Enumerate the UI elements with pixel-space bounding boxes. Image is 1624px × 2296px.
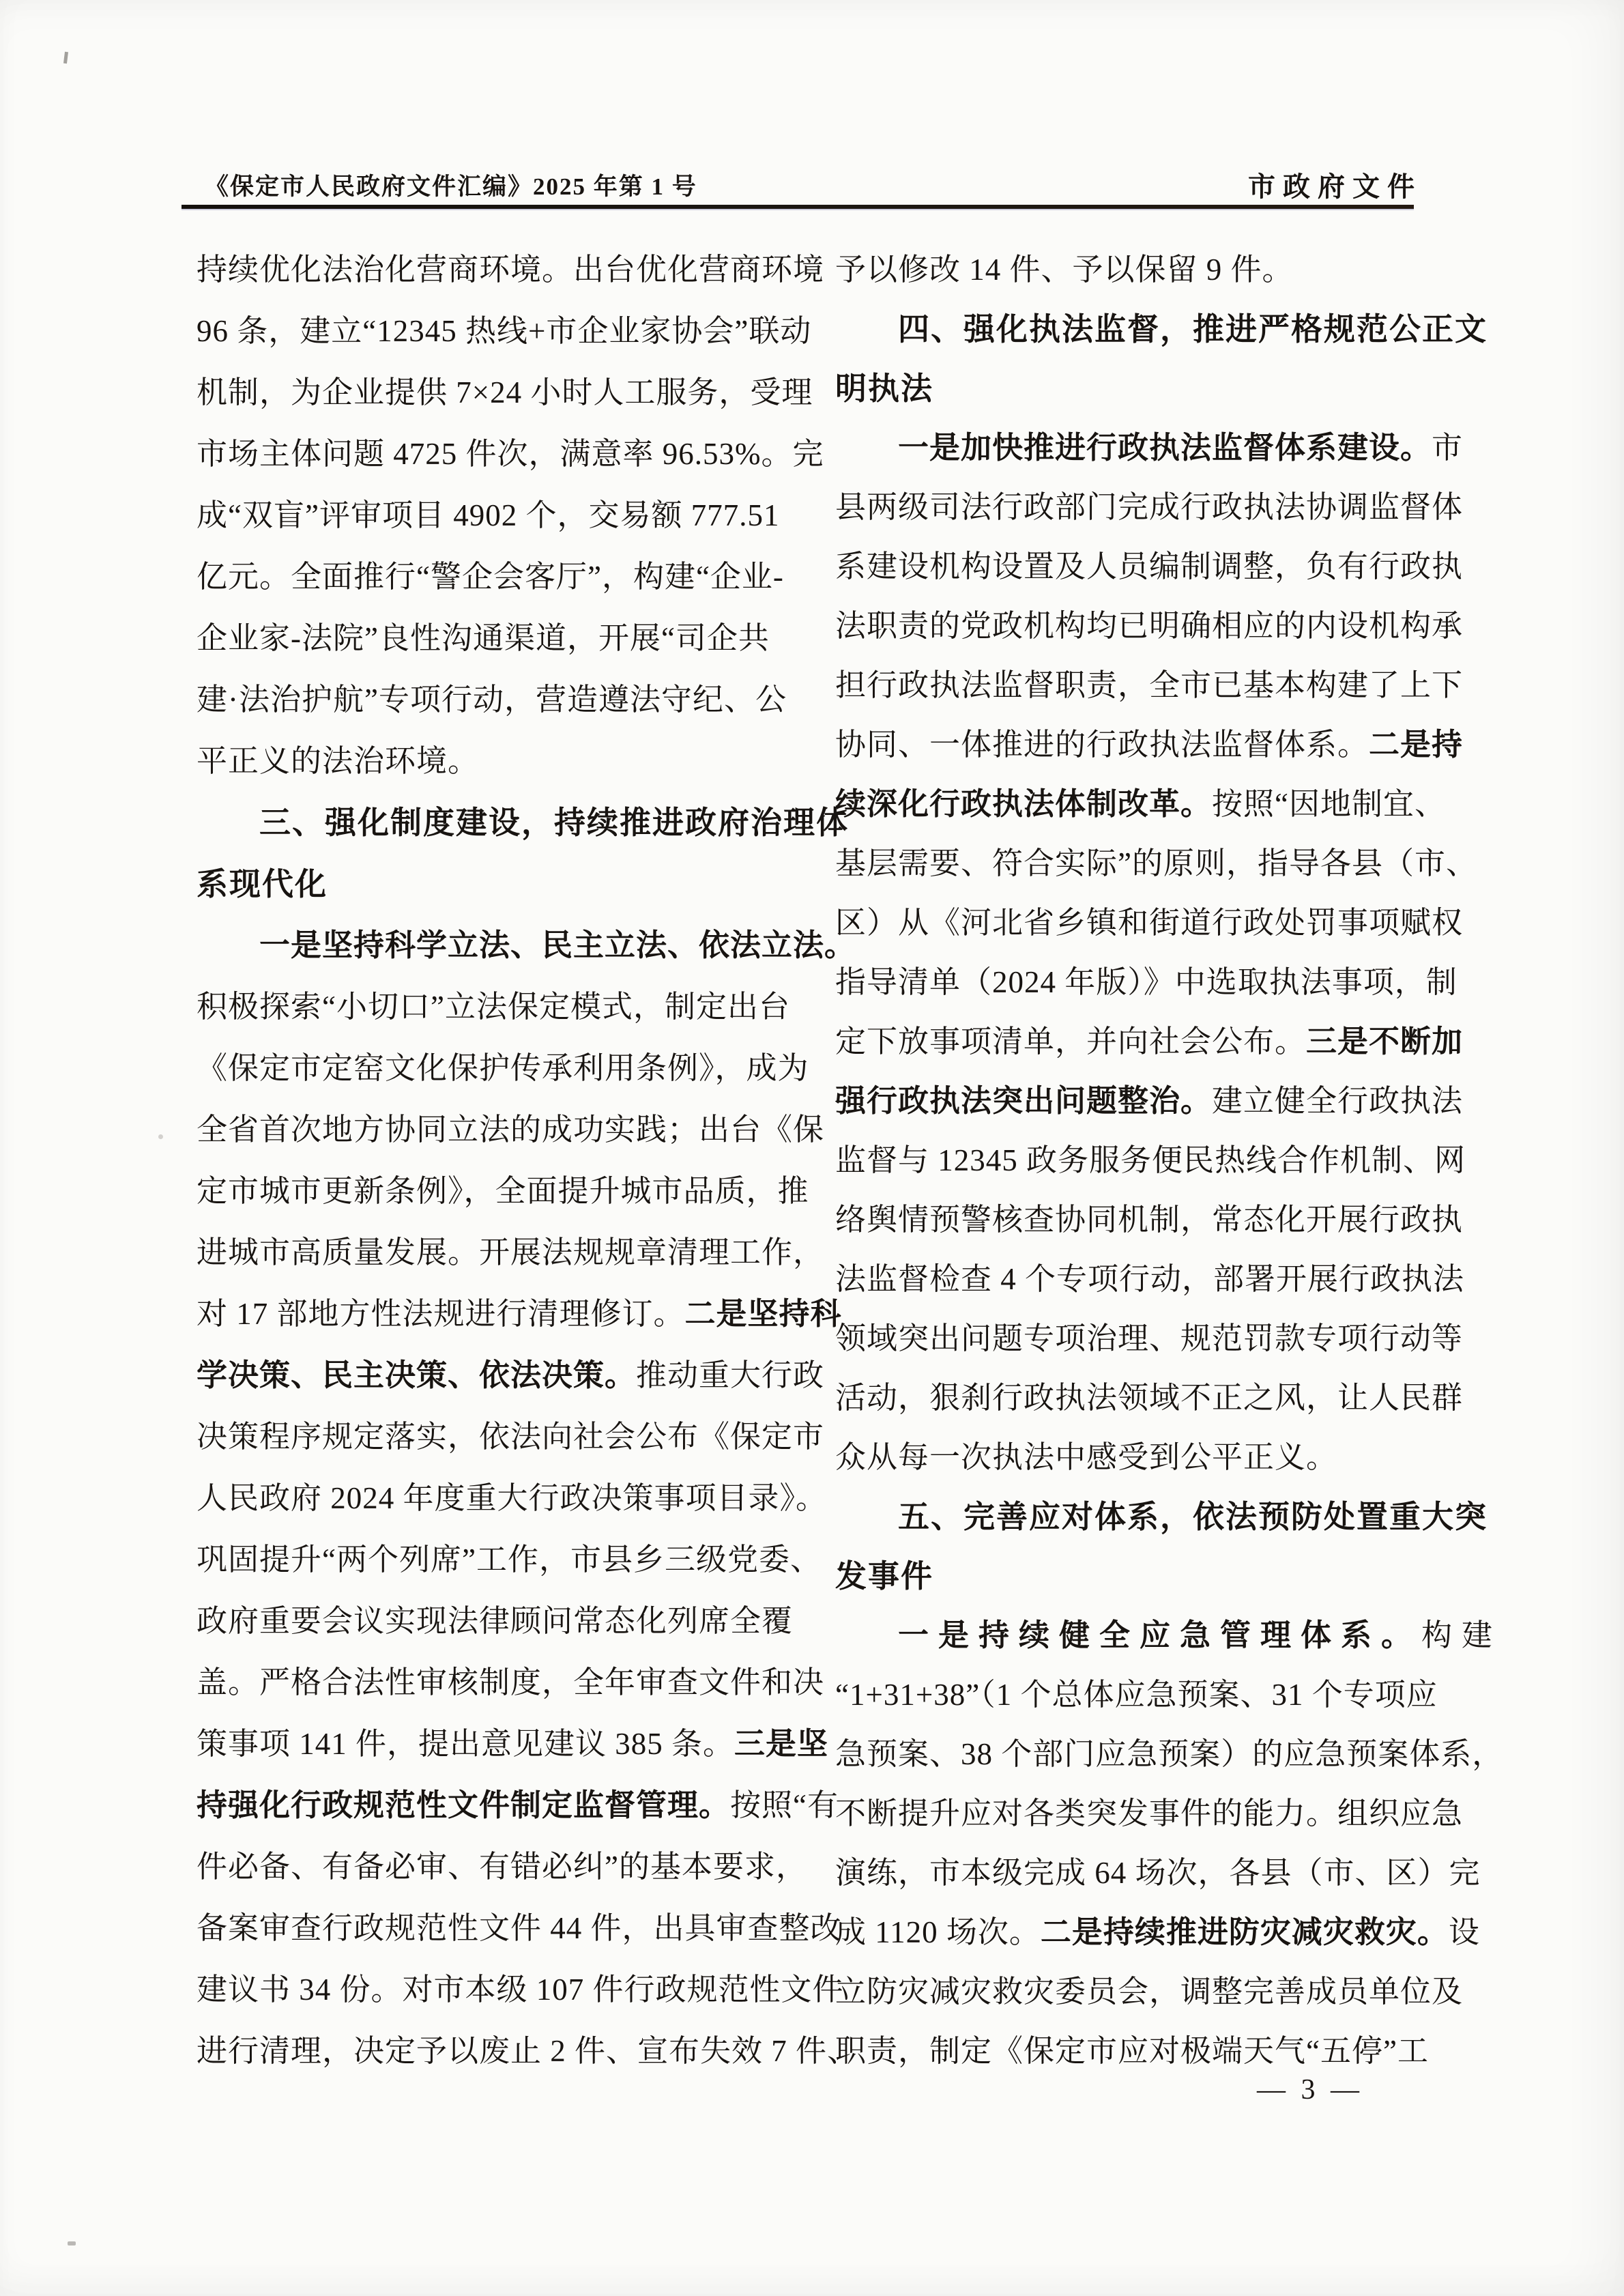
text-line: 盖。严格合法性审核制度，全年审查文件和决 (197, 1652, 812, 1713)
text-line: 积极探索“小切口”立法保定模式，制定出台 (197, 976, 812, 1037)
text-run: 决策程序规定落实，依法向社会公布《保定市 (197, 1420, 824, 1454)
text-run: 政府重要会议实现法律顾问常态化列席全覆 (197, 1604, 793, 1638)
text-run: 予以修改 14 件、予以保留 9 件。 (835, 253, 1294, 287)
text-line: 络舆情预警核查协同机制，常态化开展行政执 (835, 1190, 1453, 1250)
text-line: 急预案、38 个部门应急预案）的应急预案体系， (835, 1725, 1453, 1784)
scan-speck (63, 52, 68, 63)
text-run: 对 17 部地方性法规进行清理修订。 (197, 1297, 685, 1331)
text-run: 五、完善应对体系，依法预防处置重大突 (898, 1498, 1488, 1535)
text-run: 定下放事项清单，并向社会公布。 (835, 1024, 1306, 1059)
emphasis-run: 二是持续推进防灾减灾救灾。 (1041, 1915, 1449, 1949)
text-run: 建·法治护航”专项行动，营造遵法守纪、公 (197, 683, 787, 717)
text-line: 持续优化法治化营商环境。出台优化营商环境 (197, 239, 812, 300)
text-run: 备案审查行政规范性文件 44 件，出具审查整改 (197, 1911, 842, 1945)
text-run: “1+31+38”（1 个总体应急预案、31 个专项应 (835, 1678, 1438, 1712)
text-line: 持强化行政规范性文件制定监督管理。按照“有 (197, 1775, 812, 1836)
text-line: 建·法治护航”专项行动，营造遵法守纪、公 (197, 669, 812, 730)
text-run: 法监督检查 4 个专项行动，部署开展行政执法 (835, 1262, 1464, 1296)
text-line: 建议书 34 份。对市本级 107 件行政规范性文件 (197, 1959, 812, 2020)
scan-speck (68, 2241, 76, 2245)
text-line: 政府重要会议实现法律顾问常态化列席全覆 (197, 1590, 812, 1652)
text-line: 系建设机构设置及人员编制调整，负有行政执 (835, 537, 1453, 597)
text-line: 法职责的党政机构均已明确相应的内设机构承 (835, 597, 1453, 656)
text-line: 协同、一体推进的行政执法监督体系。二是持 (835, 715, 1453, 775)
text-run: 领域突出问题专项治理、规范罚款专项行动等 (835, 1321, 1463, 1355)
text-line: 职责，制定《保定市应对极端天气“五停”工 (835, 2022, 1453, 2081)
emphasis-run: 二是持 (1369, 728, 1463, 762)
text-run: 成 1120 场次。 (835, 1915, 1041, 1949)
document-page: 《保定市人民政府文件汇编》2025 年第 1 号 市政府文件 持续优化法治化营商… (0, 0, 1624, 2296)
text-run: 基层需要、符合实际”的原则，指导各县（市、 (835, 846, 1477, 880)
text-run: 企业家-法院”良性沟通渠道，开展“司企共 (197, 621, 770, 655)
text-line: 领域突出问题专项治理、规范罚款专项行动等 (835, 1309, 1453, 1368)
left-text-column: 持续优化法治化营商环境。出台优化营商环境96 条，建立“12345 热线+市企业… (197, 239, 812, 2082)
text-run: 成“双盲”评审项目 4902 个，交易额 777.51 (197, 498, 779, 532)
text-run: 定市城市更新条例》，全面提升城市品质，推 (197, 1174, 809, 1208)
text-line: 众从每一次执法中感受到公平正义。 (835, 1428, 1453, 1487)
text-line: 企业家-法院”良性沟通渠道，开展“司企共 (197, 607, 812, 669)
text-line: 强行政执法突出问题整治。建立健全行政执法 (835, 1072, 1453, 1131)
section-heading-line: 明执法 (835, 359, 1453, 418)
text-run: 平正义的法治环境。 (197, 744, 479, 778)
text-line: 一是持续健全应急管理体系。构建 (835, 1606, 1453, 1665)
section-heading-line: 发事件 (835, 1547, 1453, 1606)
text-run: 县两级司法行政部门完成行政执法协调监督体 (835, 490, 1463, 524)
text-line: 担行政执法监督职责，全市已基本构建了上下 (835, 656, 1453, 715)
text-run: 发事件 (835, 1558, 933, 1594)
text-run: 协同、一体推进的行政执法监督体系。 (835, 728, 1369, 762)
text-run: 络舆情预警核查协同机制，常态化开展行政执 (835, 1203, 1463, 1237)
journal-title: 《保定市人民政府文件汇编》2025 年第 1 号 (205, 168, 697, 202)
text-line: 监督与 12345 政务服务便民热线合作机制、网 (835, 1131, 1453, 1190)
text-run: 监督与 12345 政务服务便民热线合作机制、网 (835, 1143, 1466, 1177)
text-run: 不断提升应对各类突发事件的能力。组织应急 (835, 1796, 1463, 1831)
header-rule (182, 205, 1414, 209)
text-line: 予以修改 14 件、予以保留 9 件。 (835, 240, 1453, 300)
emphasis-run: 三是坚 (734, 1727, 828, 1761)
text-line: 全省首次地方协同立法的成功实践；出台《保 (197, 1099, 812, 1160)
text-run: 系建设机构设置及人员编制调整，负有行政执 (835, 549, 1463, 584)
text-line: 基层需要、符合实际”的原则，指导各县（市、 (835, 834, 1453, 893)
text-run: 市场主体问题 4725 件次，满意率 96.53%。完 (197, 437, 824, 471)
text-line: 决策程序规定落实，依法向社会公布《保定市 (197, 1406, 812, 1467)
text-line: 平正义的法治环境。 (197, 730, 812, 792)
emphasis-run: 持强化行政规范性文件制定监督管理。 (197, 1788, 730, 1822)
text-run: 明执法 (835, 370, 933, 407)
text-line: 学决策、民主决策、依法决策。推动重大行政 (197, 1345, 812, 1406)
text-run: 建立健全行政执法 (1212, 1084, 1463, 1118)
text-run: 众从每一次执法中感受到公平正义。 (835, 1440, 1337, 1474)
text-run: 策事项 141 件，提出意见建议 385 条。 (197, 1727, 734, 1761)
section-heading-line: 五、完善应对体系，依法预防处置重大突 (835, 1487, 1453, 1547)
text-line: 区）从《河北省乡镇和街道行政处罚事项赋权 (835, 893, 1453, 953)
emphasis-run: 学决策、民主决策、依法决策。 (197, 1358, 636, 1392)
text-run: 进行清理，决定予以废止 2 件、宣布失效 7 件、 (197, 2034, 858, 2068)
section-heading-line: 四、强化执法监督，推进严格规范公正文 (835, 300, 1453, 359)
right-text-column: 予以修改 14 件、予以保留 9 件。四、强化执法监督，推进严格规范公正文明执法… (835, 240, 1453, 2081)
text-line: 法监督检查 4 个专项行动，部署开展行政执法 (835, 1250, 1453, 1309)
text-line: 市场主体问题 4725 件次，满意率 96.53%。完 (197, 423, 812, 485)
text-line: 进行清理，决定予以废止 2 件、宣布失效 7 件、 (197, 2020, 812, 2082)
text-line: 一是坚持科学立法、民主立法、依法立法。 (197, 915, 812, 976)
text-run: 担行政执法监督职责，全市已基本构建了上下 (835, 668, 1463, 702)
text-line: 对 17 部地方性法规进行清理修订。二是坚持科 (197, 1283, 812, 1345)
text-run: 积极探索“小切口”立法保定模式，制定出台 (197, 990, 790, 1024)
emphasis-run: 续深化行政执法体制改革。 (835, 787, 1212, 821)
text-run: 系现代化 (197, 865, 328, 902)
text-run: 全省首次地方协同立法的成功实践；出台《保 (197, 1113, 824, 1147)
text-line: 续深化行政执法体制改革。按照“因地制宜、 (835, 775, 1453, 834)
emphasis-run: 三是不断加 (1306, 1024, 1463, 1059)
text-run: 构建 (1421, 1618, 1502, 1652)
text-line: 《保定市定窑文化保护传承利用条例》，成为 (197, 1037, 812, 1099)
text-run: 进城市高质量发展。开展法规规章清理工作， (197, 1235, 824, 1269)
text-line: 立防灾减灾救灾委员会，调整完善成员单位及 (835, 1962, 1453, 2022)
text-line: “1+31+38”（1 个总体应急预案、31 个专项应 (835, 1665, 1453, 1725)
text-run: 建议书 34 份。对市本级 107 件行政规范性文件 (197, 1972, 844, 2007)
text-run: 法职责的党政机构均已明确相应的内设机构承 (835, 609, 1463, 643)
emphasis-run: 强行政执法突出问题整治。 (835, 1084, 1212, 1118)
text-line: 县两级司法行政部门完成行政执法协调监督体 (835, 478, 1453, 537)
emphasis-run: 一是持续健全应急管理体系。 (898, 1618, 1421, 1652)
document-category-label: 市政府文件 (1248, 165, 1422, 204)
text-line: 进城市高质量发展。开展法规规章清理工作， (197, 1222, 812, 1283)
text-run: 持续优化法治化营商环境。出台优化营商环境 (197, 253, 824, 287)
text-run: 巩固提升“两个列席”工作，市县乡三级党委、 (197, 1542, 822, 1577)
text-run: 亿元。全面推行“警企会客厅”，构建“企业- (197, 560, 784, 594)
text-run: 指导清单（2024 年版）》中选取执法事项，制 (835, 965, 1458, 999)
text-run: 三、强化制度建设，持续推进政府治理体 (259, 804, 849, 841)
text-line: 定市城市更新条例》，全面提升城市品质，推 (197, 1160, 812, 1222)
text-line: 不断提升应对各类突发事件的能力。组织应急 (835, 1784, 1453, 1843)
text-run: 立防灾减灾救灾委员会，调整完善成员单位及 (835, 1975, 1463, 2009)
emphasis-run: 一是加快推进行政执法监督体系建设。 (898, 431, 1432, 465)
text-run: 件必备、有备必审、有错必纠”的基本要求， (197, 1850, 807, 1884)
text-line: 巩固提升“两个列席”工作，市县乡三级党委、 (197, 1529, 812, 1590)
emphasis-run: 二是坚持科 (685, 1297, 842, 1331)
text-run: 设 (1449, 1915, 1480, 1949)
text-line: 机制，为企业提供 7×24 小时人工服务，受理 (197, 362, 812, 423)
text-run: 人民政府 2024 年度重大行政决策事项目录》。 (197, 1481, 827, 1515)
text-run: 区）从《河北省乡镇和街道行政处罚事项赋权 (835, 906, 1463, 940)
section-heading-line: 系现代化 (197, 853, 812, 915)
text-line: 亿元。全面推行“警企会客厅”，构建“企业- (197, 546, 812, 607)
text-run: 96 条，建立“12345 热线+市企业家协会”联动 (197, 314, 811, 348)
text-line: 成 1120 场次。二是持续推进防灾减灾救灾。设 (835, 1903, 1453, 1962)
text-line: 件必备、有备必审、有错必纠”的基本要求， (197, 1836, 812, 1897)
text-run: 机制，为企业提供 7×24 小时人工服务，受理 (197, 375, 813, 410)
text-run: 按照“因地制宜、 (1212, 787, 1446, 821)
text-run: 推动重大行政 (636, 1358, 824, 1392)
text-line: 策事项 141 件，提出意见建议 385 条。三是坚 (197, 1713, 812, 1775)
text-line: 定下放事项清单，并向社会公布。三是不断加 (835, 1012, 1453, 1072)
text-line: 演练，市本级完成 64 场次，各县（市、区）完 (835, 1843, 1453, 1903)
text-line: 成“双盲”评审项目 4902 个，交易额 777.51 (197, 485, 812, 546)
text-run: 按照“有 (730, 1788, 839, 1822)
emphasis-run: 一是坚持科学立法、民主立法、依法立法。 (259, 928, 856, 962)
section-heading-line: 三、强化制度建设，持续推进政府治理体 (197, 792, 812, 853)
text-run: 急预案、38 个部门应急预案）的应急预案体系， (835, 1737, 1503, 1771)
text-run: 四、强化执法监督，推进严格规范公正文 (898, 311, 1488, 347)
text-run: 市 (1432, 431, 1463, 465)
text-run: 盖。严格合法性审核制度，全年审查文件和决 (197, 1665, 824, 1699)
text-line: 指导清单（2024 年版）》中选取执法事项，制 (835, 953, 1453, 1012)
text-line: 备案审查行政规范性文件 44 件，出具审查整改 (197, 1897, 812, 1959)
text-run: 职责，制定《保定市应对极端天气“五停”工 (835, 2034, 1429, 2068)
text-line: 一是加快推进行政执法监督体系建设。市 (835, 418, 1453, 478)
text-run: 《保定市定窑文化保护传承利用条例》，成为 (197, 1051, 809, 1085)
text-line: 活动，狠刹行政执法领域不正之风，让人民群 (835, 1368, 1453, 1428)
text-line: 96 条，建立“12345 热线+市企业家协会”联动 (197, 300, 812, 362)
text-run: 演练，市本级完成 64 场次，各县（市、区）完 (835, 1856, 1481, 1890)
text-line: 人民政府 2024 年度重大行政决策事项目录》。 (197, 1467, 812, 1529)
scan-speck (158, 1134, 163, 1139)
text-run: 活动，狠刹行政执法领域不正之风，让人民群 (835, 1381, 1463, 1415)
page-number: — 3 — (1257, 2073, 1363, 2106)
